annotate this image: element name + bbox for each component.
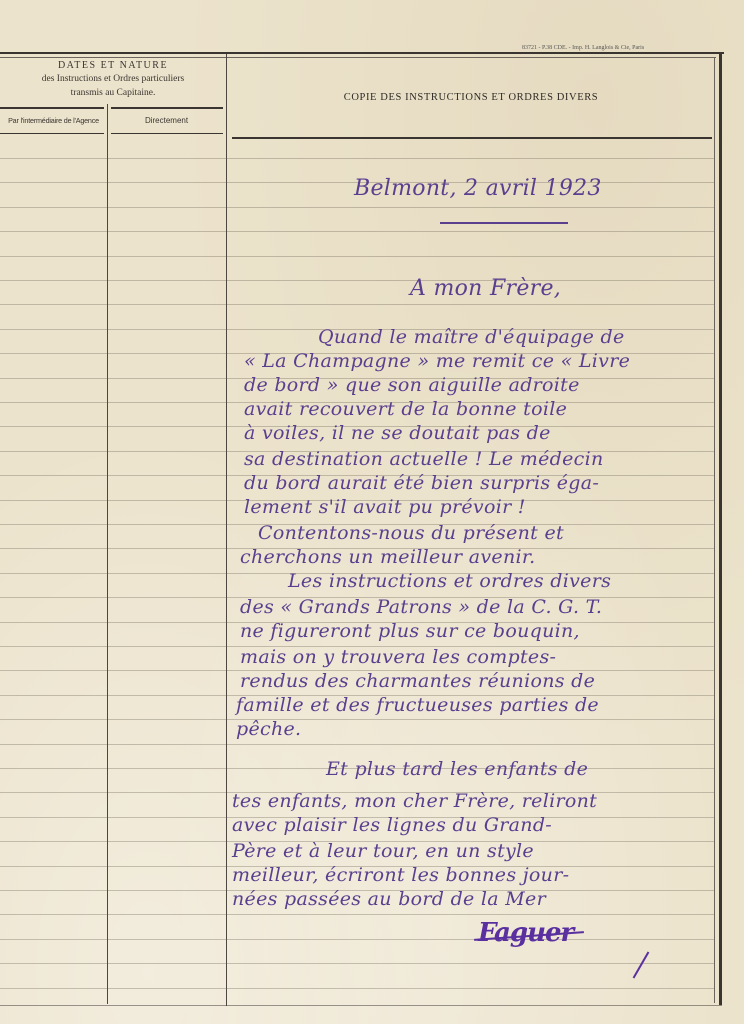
dates-nature-header: DATES ET NATURE des Instructions et Ordr…	[0, 58, 226, 99]
letter-line: Quand le maître d'équipage de	[318, 326, 625, 348]
column-divider-2	[226, 54, 227, 1006]
letter-line: meilleur, écriront les bonnes jour-	[232, 864, 569, 886]
letter-line: ne figureront plus sur ce bouquin,	[240, 620, 580, 642]
letter-line: Contentons-nous du présent et	[258, 522, 564, 544]
letter-line: nées passées au bord de la Mer	[232, 888, 546, 910]
dates-nature-subtitle-2: transmis au Capitaine.	[0, 87, 226, 99]
printer-imprint: 83721 - P.38 CDE. - Imp. H. Langlois & C…	[522, 45, 644, 51]
signature: Faguer	[478, 918, 573, 948]
bottom-border	[0, 1005, 722, 1006]
dates-nature-title: DATES ET NATURE	[0, 60, 226, 71]
letter-line: du bord aurait été bien surpris éga-	[244, 472, 599, 494]
letter-line: sa destination actuelle ! Le médecin	[244, 448, 604, 470]
dates-nature-subtitle-1: des Instructions et Ordres particuliers	[0, 73, 226, 85]
letter-line: à voiles, il ne se doutait pas de	[244, 422, 551, 444]
letter-dateline: Belmont, 2 avril 1923	[354, 176, 602, 201]
letter-line: tes enfants, mon cher Frère, reliront	[232, 790, 597, 812]
letter-line: lement s'il avait pu prévoir !	[244, 496, 526, 518]
right-inner-border	[714, 58, 715, 1003]
letter-line: « La Champagne » me remit ce « Livre	[244, 350, 630, 372]
letter-line: Les instructions et ordres divers	[288, 570, 611, 592]
header-bottom-rule-agence	[0, 133, 104, 134]
letter-line: rendus des charmantes réunions de	[240, 670, 595, 692]
letter-line: Et plus tard les enfants de	[326, 758, 588, 780]
ledger-page: 83721 - P.38 CDE. - Imp. H. Langlois & C…	[0, 0, 744, 1024]
header-bottom-rule-directement	[111, 133, 223, 134]
subheader-rule-directement	[111, 107, 223, 109]
letter-salutation: A mon Frère,	[410, 276, 561, 301]
letter-line: de bord » que son aiguille adroite	[244, 374, 580, 396]
letter-line: des « Grands Patrons » de la C. G. T.	[240, 596, 602, 618]
column-header-agence: Par l'intermédiaire de l'Agence	[0, 116, 107, 125]
dateline-underline	[440, 222, 568, 224]
subheader-rule-agence	[0, 107, 104, 109]
letter-line: cherchons un meilleur avenir.	[240, 546, 536, 568]
letter-line: Père et à leur tour, en un style	[232, 840, 534, 862]
letter-line: famille et des fructueuses parties de	[236, 694, 599, 716]
right-border	[719, 53, 722, 1005]
main-column-title: COPIE DES INSTRUCTIONS ET ORDRES DIVERS	[226, 92, 716, 103]
letter-line: mais on y trouvera les comptes-	[240, 646, 556, 668]
top-border	[0, 52, 724, 54]
letter-line: avait recouvert de la bonne toile	[244, 398, 567, 420]
column-header-directement: Directement	[107, 116, 226, 125]
letter-line: pêche.	[236, 718, 301, 740]
header-bottom-rule-main	[232, 137, 712, 139]
letter-line: avec plaisir les lignes du Grand-	[232, 814, 552, 836]
column-divider-1	[107, 104, 108, 1004]
